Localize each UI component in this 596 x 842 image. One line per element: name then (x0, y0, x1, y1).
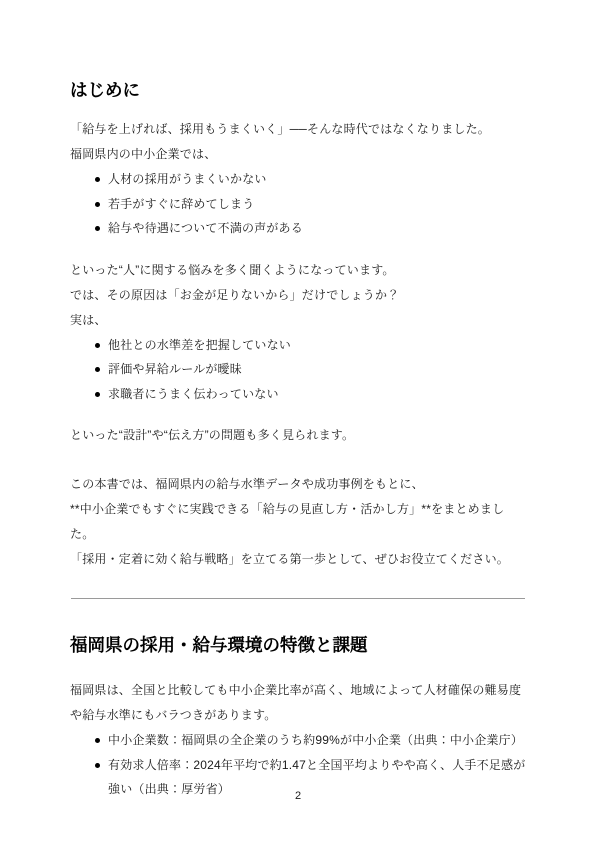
paragraph: 福岡県内の中小企業では、 (70, 142, 526, 167)
paragraph: では、その原因は「お金が足りないから」だけでしょうか？ (70, 283, 526, 308)
paragraph: 福岡県は、全国と比較しても中小企業比率が高く、地域によって人材確保の難易度や給与… (70, 678, 526, 728)
list-item-text: 人材の採用がうまくいかない (108, 172, 267, 186)
list-item-text: 若手がすぐに辞めてしまう (108, 197, 254, 211)
list-item: 評価や昇給ルールが曖昧 (70, 357, 526, 382)
bullet-icon (95, 177, 100, 182)
bullet-icon (95, 392, 100, 397)
heading-intro: はじめに (70, 78, 526, 102)
list-item-text: 給与や待遇について不満の声がある (108, 221, 303, 235)
paragraph: **中小企業でもすぐに実践できる「給与の見直し方・活かし方」**をまとめました。 (70, 497, 526, 547)
paragraph: といった“設計”や“伝え方”の問題も多く見られます。 (70, 423, 526, 448)
list-item: 求職者にうまく伝わっていない (70, 382, 526, 407)
list-item: 他社との水準差を把握していない (70, 333, 526, 358)
bullet-icon (95, 226, 100, 231)
bullet-icon (95, 763, 100, 768)
list-item-text: 中小企業数：福岡県の全企業のうち約99%が中小企業（出典：中小企業庁） (108, 733, 523, 747)
bullet-icon (95, 202, 100, 207)
paragraph: この本書では、福岡県内の給与水準データや成功事例をもとに、 (70, 472, 526, 497)
document-content: はじめに 「給与を上げれば、採用もうまくいく」──そんな時代ではなくなりました。… (70, 78, 526, 819)
page-number: 2 (0, 790, 596, 802)
bullet-list-problems: 人材の採用がうまくいかない 若手がすぐに辞めてしまう 給与や待遇について不満の声… (70, 167, 526, 241)
list-item: 人材の採用がうまくいかない (70, 167, 526, 192)
paragraph: といった“人”に関する悩みを多く聞くようになっています。 (70, 258, 526, 283)
list-item-text: 求職者にうまく伝わっていない (108, 387, 279, 401)
bullet-icon (95, 343, 100, 348)
paragraph: 「採用・定着に効く給与戦略」を立てる第一歩として、ぜひお役立てください。 (70, 547, 526, 572)
list-item: 若手がすぐに辞めてしまう (70, 192, 526, 217)
list-item-text: 評価や昇給ルールが曖昧 (108, 362, 242, 376)
list-item: 中小企業数：福岡県の全企業のうち約99%が中小企業（出典：中小企業庁） (70, 728, 526, 753)
bullet-icon (95, 738, 100, 743)
bullet-list-causes: 他社との水準差を把握していない 評価や昇給ルールが曖昧 求職者にうまく伝わってい… (70, 333, 526, 407)
paragraph: 「給与を上げれば、採用もうまくいく」──そんな時代ではなくなりました。 (70, 117, 526, 142)
list-item: 給与や待遇について不満の声がある (70, 216, 526, 241)
bullet-icon (95, 367, 100, 372)
list-item-text: 他社との水準差を把握していない (108, 338, 291, 352)
paragraph: 実は、 (70, 308, 526, 333)
section-divider (71, 598, 525, 599)
document-page: はじめに 「給与を上げれば、採用もうまくいく」──そんな時代ではなくなりました。… (0, 0, 596, 842)
heading-fukuoka: 福岡県の採用・給与環境の特徴と課題 (70, 633, 526, 657)
